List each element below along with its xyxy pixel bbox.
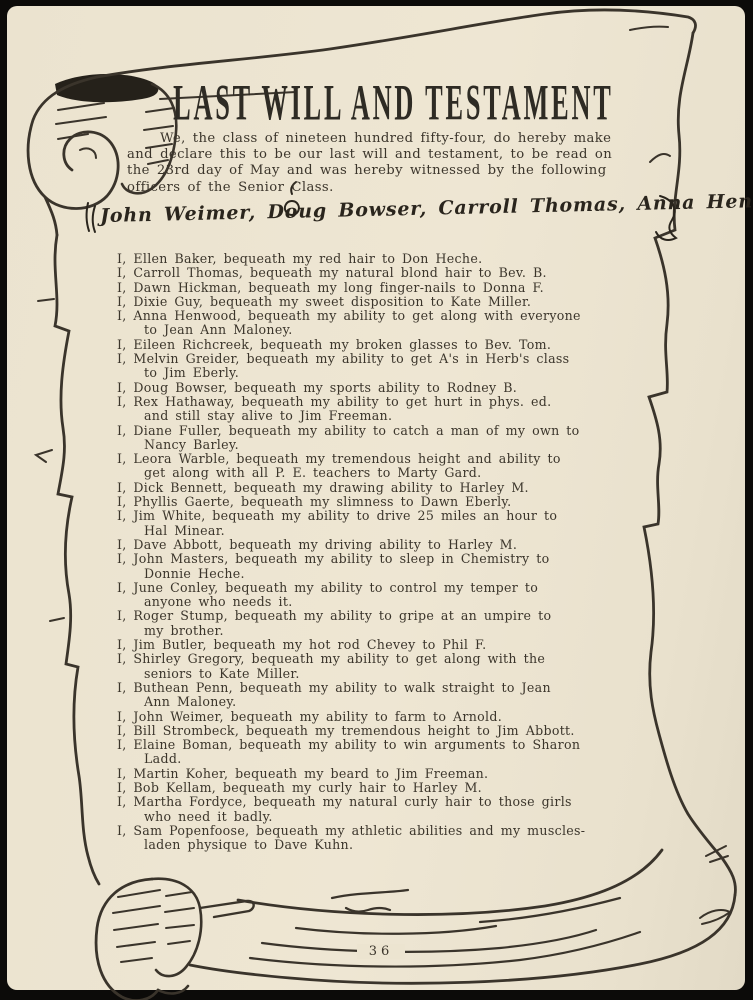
bequest-item: I, Martin Koher, bequeath my beard to Ji… <box>117 767 585 781</box>
bequest-line-continuation: to Jean Ann Maloney. <box>144 323 585 337</box>
bequest-item: I, Jim Butler, bequeath my hot rod Cheve… <box>117 638 585 652</box>
bequest-item: I, Melvin Greider, bequeath my ability t… <box>117 352 585 381</box>
bequest-line: I, Dixie Guy, bequeath my sweet disposit… <box>117 295 585 309</box>
bequest-line: I, Anna Henwood, bequeath my ability to … <box>117 309 585 323</box>
yearbook-page: { "will": { "title": "LAST WILL AND TEST… <box>0 0 753 1000</box>
bequest-line: I, Bill Strombeck, bequeath my tremendou… <box>117 724 585 738</box>
bequest-line-continuation: Donnie Heche. <box>144 567 585 581</box>
bequest-item: I, Anna Henwood, bequeath my ability to … <box>117 309 585 338</box>
bequest-line: I, Eileen Richcreek, bequeath my broken … <box>117 338 585 352</box>
bequest-item: I, Leora Warble, bequeath my tremendous … <box>117 452 585 481</box>
bequest-line: I, Carroll Thomas, bequeath my natural b… <box>117 266 585 280</box>
bequest-item: I, June Conley, bequeath my ability to c… <box>117 581 585 610</box>
intro-line: and declare this to be our last will and… <box>127 147 627 163</box>
bequest-line: I, Dave Abbott, bequeath my driving abil… <box>117 538 585 552</box>
bequest-item: I, Jim White, bequeath my ability to dri… <box>117 509 585 538</box>
bequest-item: I, Sam Popenfoose, bequeath my athletic … <box>117 824 585 853</box>
bequest-item: I, Diane Fuller, bequeath my ability to … <box>117 424 585 453</box>
bequest-item: I, Martha Fordyce, bequeath my natural c… <box>117 795 585 824</box>
bequest-item: I, John Masters, bequeath my ability to … <box>117 552 585 581</box>
bequest-line: I, John Weimer, bequeath my ability to f… <box>117 710 585 724</box>
bequest-line: I, Dick Bennett, bequeath my drawing abi… <box>117 481 585 495</box>
bequest-item: I, Eileen Richcreek, bequeath my broken … <box>117 338 585 352</box>
bequest-line: I, Dawn Hickman, bequeath my long finger… <box>117 281 585 295</box>
bequest-item: I, Phyllis Gaerte, bequeath my slimness … <box>117 495 585 509</box>
bequest-line: I, Ellen Baker, bequeath my red hair to … <box>117 252 585 266</box>
bequest-item: I, Shirley Gregory, bequeath my ability … <box>117 652 585 681</box>
bequest-line-continuation: Nancy Barley. <box>144 438 585 452</box>
bequest-line-continuation: my brother. <box>144 624 585 638</box>
bequest-item: I, Dawn Hickman, bequeath my long finger… <box>117 281 585 295</box>
bequest-line: I, Jim Butler, bequeath my hot rod Cheve… <box>117 638 585 652</box>
bequest-item: I, Bob Kellam, bequeath my curly hair to… <box>117 781 585 795</box>
bequest-line: I, Diane Fuller, bequeath my ability to … <box>117 424 585 438</box>
bequest-item: I, John Weimer, bequeath my ability to f… <box>117 710 585 724</box>
bequest-line: I, Martin Koher, bequeath my beard to Ji… <box>117 767 585 781</box>
bequest-line-continuation: who need it badly. <box>144 810 585 824</box>
bequest-item: I, Carroll Thomas, bequeath my natural b… <box>117 266 585 280</box>
bequest-line: I, Martha Fordyce, bequeath my natural c… <box>117 795 585 809</box>
bequest-item: I, Bill Strombeck, bequeath my tremendou… <box>117 724 585 738</box>
bequest-line: I, Phyllis Gaerte, bequeath my slimness … <box>117 495 585 509</box>
bequest-line: I, Sam Popenfoose, bequeath my athletic … <box>117 824 585 838</box>
intro-line: We, the class of nineteen hundred fifty-… <box>127 131 627 147</box>
bequest-line: I, Elaine Boman, bequeath my ability to … <box>117 738 585 752</box>
bequest-item: I, Doug Bowser, bequeath my sports abili… <box>117 381 585 395</box>
bequest-line: I, Leora Warble, bequeath my tremendous … <box>117 452 585 466</box>
intro-paragraph: We, the class of nineteen hundred fifty-… <box>127 131 627 196</box>
bequest-line: I, Bob Kellam, bequeath my curly hair to… <box>117 781 585 795</box>
bequest-line: I, Shirley Gregory, bequeath my ability … <box>117 652 585 666</box>
bequest-line-continuation: to Jim Eberly. <box>144 366 585 380</box>
bequest-line: I, Melvin Greider, bequeath my ability t… <box>117 352 585 366</box>
bequest-line: I, Rex Hathaway, bequeath my ability to … <box>117 395 585 409</box>
bequest-item: I, Buthean Penn, bequeath my ability to … <box>117 681 585 710</box>
bequest-line-continuation: seniors to Kate Miller. <box>144 667 585 681</box>
bequest-item: I, Roger Stump, bequeath my ability to g… <box>117 609 585 638</box>
bequest-list: I, Ellen Baker, bequeath my red hair to … <box>117 252 585 852</box>
bequest-line-continuation: Ladd. <box>144 752 585 766</box>
bequest-item: I, Dixie Guy, bequeath my sweet disposit… <box>117 295 585 309</box>
bequest-line: I, June Conley, bequeath my ability to c… <box>117 581 585 595</box>
bequest-line: I, Jim White, bequeath my ability to dri… <box>117 509 585 523</box>
page-title-text: LAST WILL AND TESTAMENT <box>173 74 614 132</box>
bequest-item: I, Dave Abbott, bequeath my driving abil… <box>117 538 585 552</box>
bequest-line: I, Roger Stump, bequeath my ability to g… <box>117 609 585 623</box>
bequest-line-continuation: Ann Maloney. <box>144 695 585 709</box>
bequest-line-continuation: laden physique to Dave Kuhn. <box>144 838 585 852</box>
intro-line: officers of the Senior Class. <box>127 180 627 196</box>
bequest-line-continuation: get along with all P. E. teachers to Mar… <box>144 466 585 480</box>
bequest-line-continuation: anyone who needs it. <box>144 595 585 609</box>
bequest-line: I, Buthean Penn, bequeath my ability to … <box>117 681 585 695</box>
bequest-line: I, John Masters, bequeath my ability to … <box>117 552 585 566</box>
page-content: LAST WILL AND TESTAMENT We, the class of… <box>0 0 753 1000</box>
bequest-item: I, Elaine Boman, bequeath my ability to … <box>117 738 585 767</box>
page-number: 36 <box>357 944 405 959</box>
bequest-line: I, Doug Bowser, bequeath my sports abili… <box>117 381 585 395</box>
bequest-line-continuation: Hal Minear. <box>144 524 585 538</box>
page-title: LAST WILL AND TESTAMENT <box>0 74 737 128</box>
bequest-item: I, Dick Bennett, bequeath my drawing abi… <box>117 481 585 495</box>
bequest-item: I, Ellen Baker, bequeath my red hair to … <box>117 252 585 266</box>
bequest-line-continuation: and still stay alive to Jim Freeman. <box>144 409 585 423</box>
intro-line: the 23rd day of May and was hereby witne… <box>127 163 627 179</box>
bequest-item: I, Rex Hathaway, bequeath my ability to … <box>117 395 585 424</box>
